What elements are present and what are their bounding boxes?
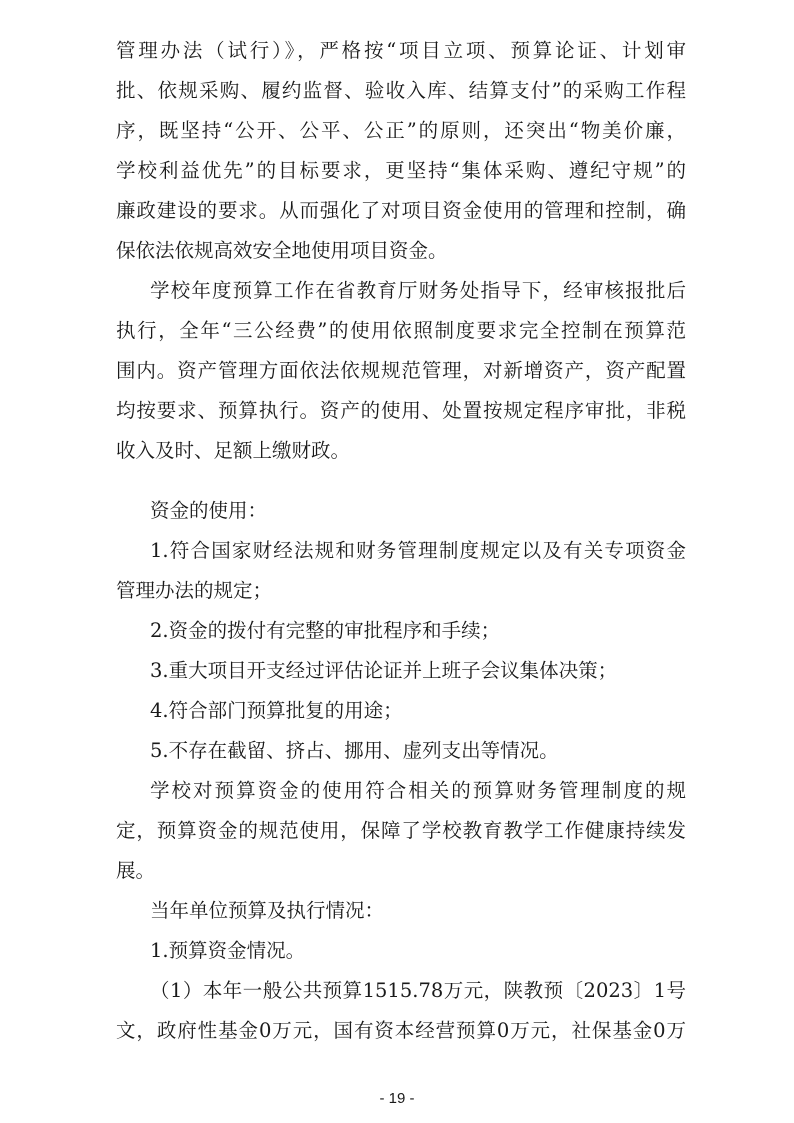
section-heading-fund-usage: 资金的使用： <box>150 496 686 526</box>
paragraph-line: 展。 <box>116 856 686 886</box>
section-heading-budget-execution: 当年单位预算及执行情况： <box>150 896 686 926</box>
list-item: 1.符合国家财经法规和财务管理制度规定以及有关专项资金 <box>150 536 686 566</box>
paragraph-line: 管理办法（试行）》，严格按“项目立项、预算论证、计划审 <box>116 36 686 66</box>
document-page: 管理办法（试行）》，严格按“项目立项、预算论证、计划审 批、依规采购、履约监督、… <box>0 0 794 1123</box>
paragraph-line: 序，既坚持“公开、公平、公正”的原则，还突出“物美价廉， <box>116 116 686 146</box>
paragraph-line: 批、依规采购、履约监督、验收入库、结算支付”的采购工作程 <box>116 76 686 106</box>
page-number: - 19 - <box>0 1090 794 1107</box>
list-item: 5.不存在截留、挤占、挪用、虚列支出等情况。 <box>150 736 686 766</box>
list-item: 2.资金的拨付有完整的审批程序和手续； <box>150 616 686 646</box>
paragraph-line: 学校对预算资金的使用符合相关的预算财务管理制度的规 <box>150 776 686 806</box>
paragraph-line: 廉政建设的要求。从而强化了对项目资金使用的管理和控制，确 <box>116 196 686 226</box>
paragraph-line: 均按要求、预算执行。资产的使用、处置按规定程序审批，非税 <box>116 396 686 426</box>
list-item: 4.符合部门预算批复的用途； <box>150 696 686 726</box>
paragraph-line: 学校利益优先”的目标要求，更坚持“集体采购、遵纪守规”的 <box>116 156 686 186</box>
subsection-heading: 1.预算资金情况。 <box>150 936 686 966</box>
paragraph-line: 收入及时、足额上缴财政。 <box>116 436 686 466</box>
paragraph-line: 文，政府性基金0万元，国有资本经营预算0万元，社保基金0万 <box>116 1016 686 1046</box>
list-item-continuation: 管理办法的规定； <box>116 576 686 606</box>
paragraph-line: 执行，全年“三公经费”的使用依照制度要求完全控制在预算范 <box>116 316 686 346</box>
paragraph-line: 围内。资产管理方面依法依规规范管理，对新增资产，资产配置 <box>116 356 686 386</box>
paragraph-line: 定，预算资金的规范使用，保障了学校教育教学工作健康持续发 <box>116 816 686 846</box>
list-item: 3.重大项目开支经过评估论证并上班子会议集体决策； <box>150 656 686 686</box>
paragraph-line: 保依法依规高效安全地使用项目资金。 <box>116 236 686 266</box>
paragraph-line: 学校年度预算工作在省教育厅财务处指导下，经审核报批后 <box>150 276 686 306</box>
paragraph-line: （1）本年一般公共预算1515.78万元，陕教预〔2023〕1号 <box>150 976 686 1006</box>
